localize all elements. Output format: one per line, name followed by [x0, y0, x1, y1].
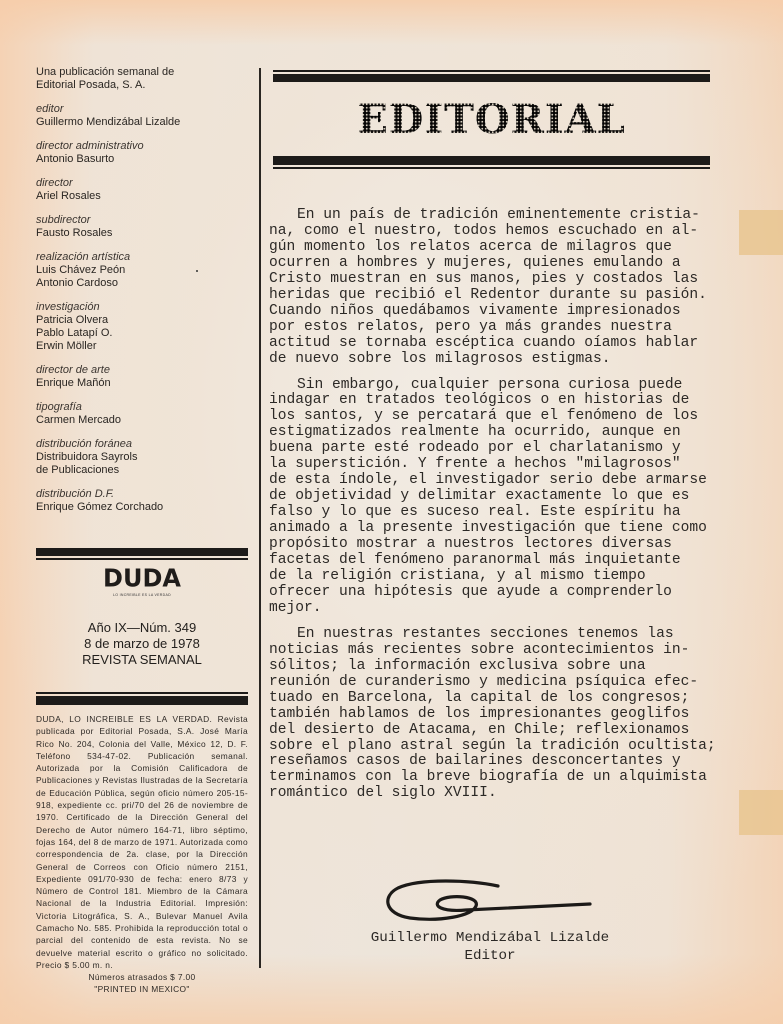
- paragraph: En nuestras restantes secciones tenemos …: [269, 627, 759, 802]
- credit-name: Carmen Mercado: [36, 414, 248, 427]
- issue-info: Año IX—Núm. 349 8 de marzo de 1978 REVIS…: [36, 620, 248, 668]
- credit-entry: editorGuillermo Mendizábal Lizalde: [36, 103, 248, 129]
- credit-entry: subdirectorFausto Rosales: [36, 214, 248, 240]
- credit-name: Antonio Basurto: [36, 153, 248, 166]
- paragraph: Sin embargo, cualquier persona curiosa p…: [269, 378, 759, 617]
- credit-name: Pablo Latapí O.: [36, 327, 248, 340]
- section-title: EDITORIAL: [273, 98, 710, 142]
- logo-block: DUDA LO INCREIBLE ES LA VERDAD Año IX—Nú…: [36, 565, 248, 668]
- editorial-body: En un país de tradición eminentemente cr…: [269, 208, 759, 812]
- publisher-intro: Una publicación semanal de Editorial Pos…: [36, 66, 248, 92]
- credit-name: Distribuidora Sayrols: [36, 451, 248, 464]
- credit-entry: director administrativoAntonio Basurto: [36, 140, 248, 166]
- credit-role: distribución D.F.: [36, 488, 248, 501]
- credit-role: tipografía: [36, 401, 248, 414]
- credits-list: editorGuillermo Mendizábal Lizaldedirect…: [36, 103, 248, 514]
- paragraph: En un país de tradición eminentemente cr…: [269, 208, 759, 368]
- logo-rule-thin: [36, 558, 248, 560]
- credit-name: Enrique Mañón: [36, 377, 248, 390]
- print-speck: [196, 270, 198, 272]
- credit-entry: tipografíaCarmen Mercado: [36, 401, 248, 427]
- credit-name: Patricia Olvera: [36, 314, 248, 327]
- signature-block: Guillermo Mendizábal Lizalde Editor: [340, 878, 640, 964]
- credit-entry: director de arteEnrique Mañón: [36, 364, 248, 390]
- credit-role: director administrativo: [36, 140, 248, 153]
- header-rule-top-thin: [273, 70, 710, 72]
- issue-date: 8 de marzo de 1978: [36, 636, 248, 652]
- signatory-title: Editor: [340, 948, 640, 964]
- credit-name: Fausto Rosales: [36, 227, 248, 240]
- logo-rule-thick: [36, 548, 248, 556]
- credit-entry: investigaciónPatricia OlveraPablo Latapí…: [36, 301, 248, 353]
- credit-role: distribución foránea: [36, 438, 248, 451]
- credit-name: Luis Chávez Peón: [36, 264, 248, 277]
- duda-logo: DUDA: [36, 564, 248, 591]
- credit-name: Erwin Möller: [36, 340, 248, 353]
- printed-in: "PRINTED IN MEXICO": [36, 983, 248, 995]
- credit-role: editor: [36, 103, 248, 116]
- credit-name: Ariel Rosales: [36, 190, 248, 203]
- credit-role: subdirector: [36, 214, 248, 227]
- signature-icon: [380, 878, 600, 928]
- credit-role: realización artística: [36, 251, 248, 264]
- header-rule-bottom-thick: [273, 156, 710, 165]
- column-divider: [259, 68, 261, 968]
- credit-name: de Publicaciones: [36, 464, 248, 477]
- credit-entry: distribución foráneaDistribuidora Sayrol…: [36, 438, 248, 477]
- issue-type: REVISTA SEMANAL: [36, 652, 248, 668]
- header-rule-top-thick: [273, 74, 710, 82]
- credit-role: director de arte: [36, 364, 248, 377]
- credit-name: Guillermo Mendizábal Lizalde: [36, 116, 248, 129]
- back-issues-price: Números atrasados $ 7.00: [36, 971, 248, 983]
- legal-rule-thick: [36, 696, 248, 705]
- credit-name: Antonio Cardoso: [36, 277, 248, 290]
- intro-line: Editorial Posada, S. A.: [36, 79, 248, 92]
- intro-line: Una publicación semanal de: [36, 66, 248, 79]
- credit-entry: realización artísticaLuis Chávez PeónAnt…: [36, 251, 248, 290]
- legal-notice: DUDA, LO INCREIBLE ES LA VERDAD. Revista…: [36, 713, 248, 995]
- masthead: Una publicación semanal de Editorial Pos…: [36, 66, 248, 525]
- header-rule-bottom-thin: [273, 167, 710, 169]
- credit-role: investigación: [36, 301, 248, 314]
- credit-entry: directorAriel Rosales: [36, 177, 248, 203]
- issue-number: Año IX—Núm. 349: [36, 620, 248, 636]
- credit-name: Enrique Gómez Corchado: [36, 501, 248, 514]
- logo-tagline: LO INCREIBLE ES LA VERDAD: [36, 592, 248, 598]
- credit-entry: distribución D.F.Enrique Gómez Corchado: [36, 488, 248, 514]
- signatory-name: Guillermo Mendizábal Lizalde: [340, 930, 640, 946]
- legal-text: DUDA, LO INCREIBLE ES LA VERDAD. Revista…: [36, 713, 248, 971]
- credit-role: director: [36, 177, 248, 190]
- legal-rule-thin: [36, 692, 248, 694]
